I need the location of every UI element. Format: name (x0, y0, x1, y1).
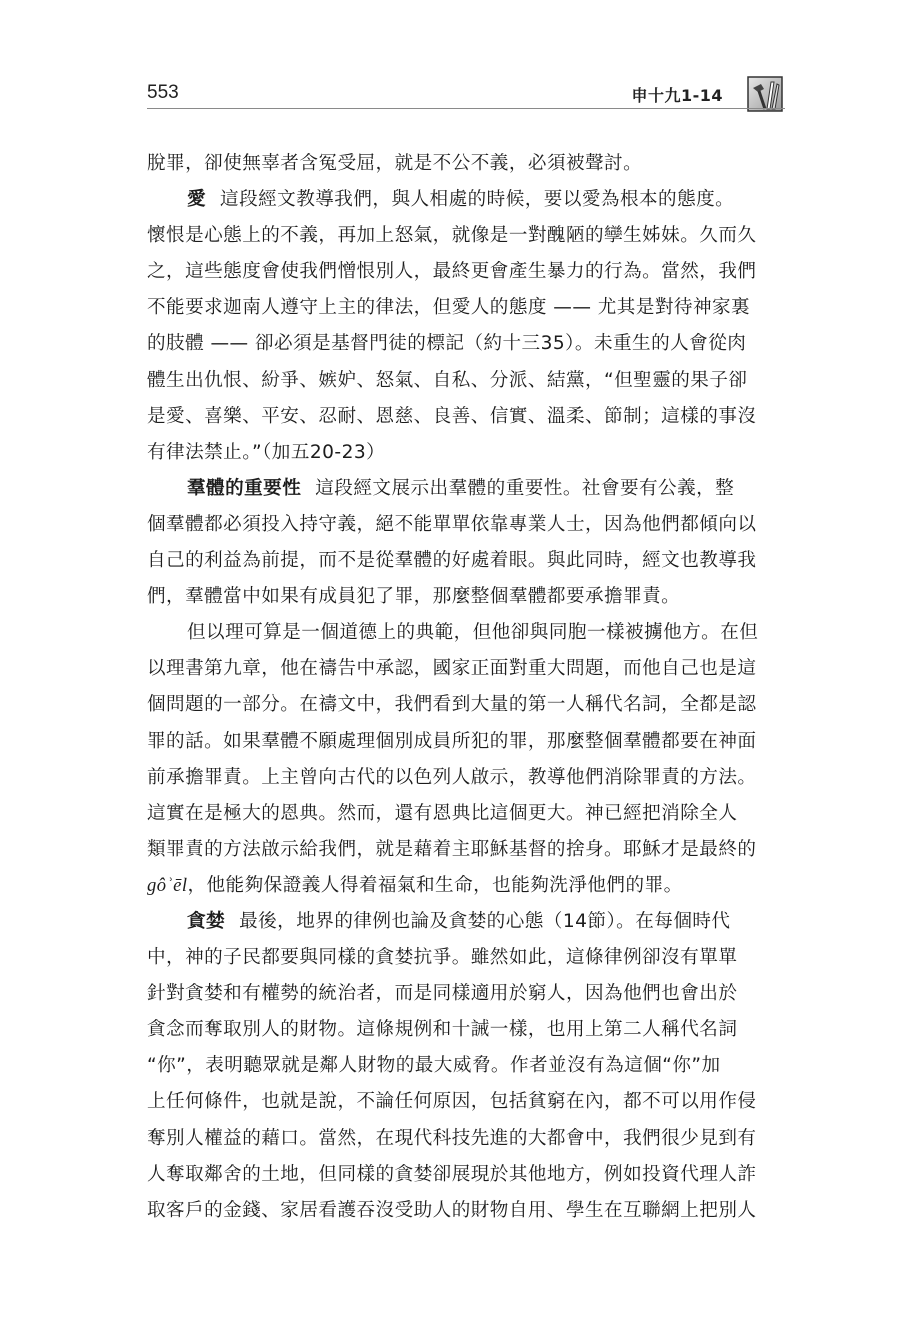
text-line: 是愛、喜樂、平安、忍耐、恩慈、良善、信實、溫柔、節制；這樣的事沒 (147, 399, 787, 435)
text-line: “你”，表明聽眾就是鄰人財物的最大威脅。作者並沒有為這個“你”加 (147, 1048, 787, 1084)
text-line: 奪別人權益的藉口。當然，在現代科技先進的大都會中，我們很少見到有 (147, 1121, 787, 1157)
text-line: 類罪責的方法啟示給我們，就是藉着主耶穌基督的捨身。耶穌才是最終的 (147, 832, 787, 868)
section-heading-love: 愛 (187, 189, 206, 210)
text-line: 有律法禁止。”（加五20-23） (147, 435, 787, 471)
text-line: 的肢體 —— 卻必須是基督門徒的標記（約十三35）。未重生的人會從肉 (147, 326, 787, 362)
text-line: 脫罪，卻使無辜者含冤受屈，就是不公不義，必須被聲討。 (147, 146, 787, 182)
page-header: 553 申十九1-14 (147, 76, 783, 110)
text-line: 這實在是極大的恩典。然而，還有恩典比這個更大。神已經把消除全人 (147, 796, 787, 832)
text-line: 人奪取鄰舍的土地，但同樣的貪婪卻展現於其他地方，例如投資代理人詐 (147, 1157, 787, 1193)
text-line: 取客戶的金錢、家居看護吞沒受助人的財物自用、學生在互聯網上把別人 (147, 1193, 787, 1229)
text-line: 但以理可算是一個道德上的典範，但他卻與同胞一樣被擄他方。在但 (147, 615, 787, 651)
text-line: 罪的話。如果羣體不願處理個別成員所犯的罪，那麼整個羣體都要在神面 (147, 724, 787, 760)
text-line: 貪婪最後，地界的律例也論及貪婪的心態（14節）。在每個時代 (147, 904, 787, 940)
text-line: 懷恨是心態上的不義，再加上怒氣，就像是一對醜陋的孿生姊妹。久而久 (147, 218, 787, 254)
text-line: 個羣體都必須投入持守義，絕不能單單依靠專業人士，因為他們都傾向以 (147, 507, 787, 543)
page-number: 553 (147, 82, 179, 104)
running-title: 申十九1-14 (631, 83, 723, 106)
text-line: 不能要求迦南人遵守上主的律法，但愛人的態度 —— 尤其是對待神家裏 (147, 290, 787, 326)
body-text: 脫罪，卻使無辜者含冤受屈，就是不公不義，必須被聲討。 愛這段經文教導我們，與人相… (147, 146, 787, 1229)
section-heading-covetousness: 貪婪 (187, 911, 225, 932)
text-line: 個問題的一部分。在禱文中，我們看到大量的第一人稱代名詞，全都是認 (147, 687, 787, 723)
header-rule (147, 108, 785, 109)
hebrew-term: gôʾēl (147, 875, 187, 896)
text-line: 中，神的子民都要與同樣的貪婪抗爭。雖然如此，這條律例卻沒有單單 (147, 940, 787, 976)
text-line: 針對貪婪和有權勢的統治者，而是同樣適用於窮人，因為他們也會出於 (147, 976, 787, 1012)
text-line: 以理書第九章，他在禱告中承認，國家正面對重大問題，而他自己也是這 (147, 651, 787, 687)
text-line: 之，這些態度會使我們憎恨別人，最終更會產生暴力的行為。當然，我們 (147, 254, 787, 290)
text-line: 愛這段經文教導我們，與人相處的時候，要以愛為根本的態度。 (147, 182, 787, 218)
text-line: 前承擔罪責。上主曾向古代的以色列人啟示，教導他們消除罪責的方法。 (147, 760, 787, 796)
text-line: 體生出仇恨、紛爭、嫉妒、怒氣、自私、分派、結黨，“但聖靈的果子卻 (147, 363, 787, 399)
text-line: 羣體的重要性這段經文展示出羣體的重要性。社會要有公義，整 (147, 471, 787, 507)
text-line: 貪念而奪取別人的財物。這條規例和十誡一樣，也用上第二人稱代名詞 (147, 1012, 787, 1048)
tools-icon (747, 76, 783, 112)
text-line: gôʾēl，他能夠保證義人得着福氣和生命，也能夠洗淨他們的罪。 (147, 868, 787, 904)
text-line: 上任何條件，也就是說，不論任何原因，包括貧窮在內，都不可以用作侵 (147, 1084, 787, 1120)
text-line: 們，羣體當中如果有成員犯了罪，那麼整個羣體都要承擔罪責。 (147, 579, 787, 615)
section-heading-community: 羣體的重要性 (187, 478, 301, 499)
text-line: 自己的利益為前提，而不是從羣體的好處着眼。與此同時，經文也教導我 (147, 543, 787, 579)
